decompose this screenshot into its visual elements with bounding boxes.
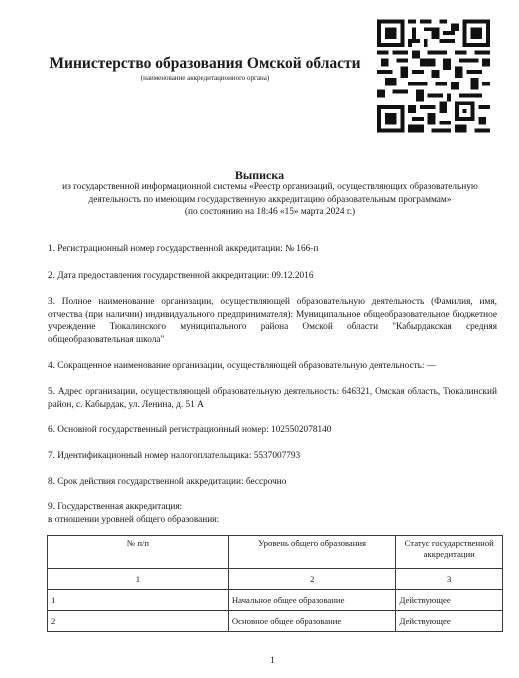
item-address: 5. Адрес организации, осуществляющей обр… <box>48 386 497 411</box>
document-subtitle: из государственной информационной систем… <box>40 181 500 219</box>
row-education-level: Основное общее образование <box>228 611 396 632</box>
row-number: 2 <box>48 611 229 632</box>
subtitle-line-1: из государственной информационной систем… <box>40 181 500 194</box>
row-education-level: Начальное общее образование <box>228 590 396 611</box>
organization-title: Министерство образования Омской области <box>40 55 370 73</box>
row-status: Действующее <box>396 590 503 611</box>
item-inn: 7. Идентификационный номер налогоплатель… <box>48 450 497 463</box>
item-accreditation-heading: 9. Государственная аккредитация: <box>48 501 497 514</box>
subtitle-line-3: (по состоянию на 18:46 «15» марта 2024 г… <box>40 206 500 219</box>
column-number-2: 2 <box>228 569 396 590</box>
column-number-1: 1 <box>48 569 229 590</box>
item-accreditation: 9. Государственная аккредитация: в отнош… <box>48 501 497 526</box>
table-row: 2 Основное общее образование Действующее <box>48 611 503 632</box>
qr-code-icon <box>377 18 490 134</box>
organization-caption: (наименование аккредитационного органа) <box>40 74 370 83</box>
header-status: Статус государственной аккредитации <box>396 536 503 569</box>
header-number: № п/п <box>48 536 229 569</box>
column-number-3: 3 <box>396 569 503 590</box>
item-accreditation-subheading: в отношении уровней общего образования: <box>48 514 497 527</box>
item-short-name: 4. Сокращенное наименование организации,… <box>48 360 497 373</box>
table-header-row: № п/п Уровень общего образования Статус … <box>48 536 503 569</box>
page-number: 1 <box>0 656 519 666</box>
document-title: Выписка <box>0 168 519 182</box>
row-status: Действующее <box>396 611 503 632</box>
table-column-numbers-row: 1 2 3 <box>48 569 503 590</box>
row-number: 1 <box>48 590 229 611</box>
table-row: 1 Начальное общее образование Действующе… <box>48 590 503 611</box>
item-accreditation-number: 1. Регистрационный номер государственной… <box>48 243 497 256</box>
header-education-level: Уровень общего образования <box>228 536 396 569</box>
item-validity: 8. Срок действия государственной аккреди… <box>48 476 497 489</box>
item-full-name: 3. Полное наименование организации, осущ… <box>48 296 497 347</box>
accreditation-table: № п/п Уровень общего образования Статус … <box>47 535 503 632</box>
subtitle-line-2: деятельность по имеющим государственную … <box>40 194 500 207</box>
item-accreditation-date: 2. Дата предоставления государственной а… <box>48 270 497 283</box>
item-ogrn: 6. Основной государственный регистрацион… <box>48 424 497 437</box>
